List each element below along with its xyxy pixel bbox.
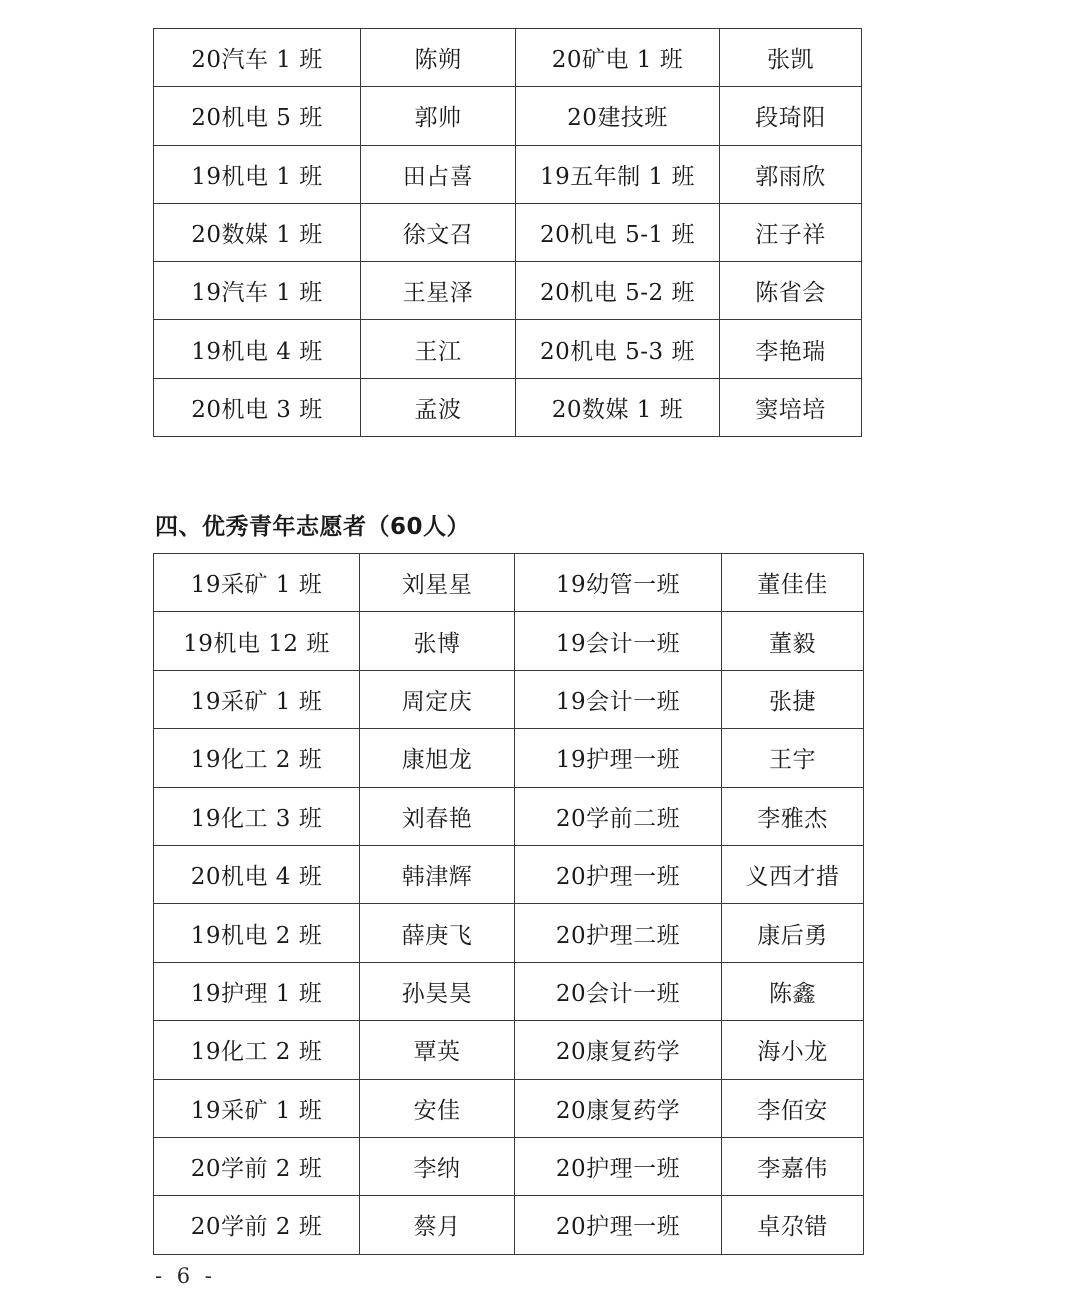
name-cell: 徐文召 (361, 203, 516, 261)
name-cell: 海小龙 (722, 1021, 864, 1079)
class-cell: 19会计一班 (515, 612, 722, 670)
name-cell: 王江 (361, 320, 516, 378)
class-cell: 19机电 12 班 (154, 612, 360, 670)
name-cell: 李雅杰 (722, 787, 864, 845)
class-cell: 19化工 2 班 (154, 1021, 360, 1079)
class-cell: 20建技班 (516, 87, 720, 145)
name-cell: 段琦阳 (720, 87, 862, 145)
name-cell: 康旭龙 (360, 729, 515, 787)
class-cell: 20护理二班 (515, 904, 722, 962)
class-cell: 20学前 2 班 (154, 1137, 360, 1195)
name-cell: 张博 (360, 612, 515, 670)
name-cell: 郭雨欣 (720, 145, 862, 203)
table-row: 20学前 2 班李纳20护理一班李嘉伟 (154, 1137, 864, 1195)
table-row: 19机电 2 班薛庚飞20护理二班康后勇 (154, 904, 864, 962)
class-cell: 20会计一班 (515, 962, 722, 1020)
table-row: 19化工 3 班刘春艳20学前二班李雅杰 (154, 787, 864, 845)
class-cell: 20机电 5-2 班 (516, 262, 720, 320)
name-cell: 卓尕错 (722, 1196, 864, 1254)
name-cell: 王星泽 (361, 262, 516, 320)
table-row: 20机电 3 班孟波20数媒 1 班窦培培 (154, 378, 862, 436)
name-cell: 覃英 (360, 1021, 515, 1079)
class-cell: 20机电 4 班 (154, 845, 360, 903)
name-cell: 蔡月 (360, 1196, 515, 1254)
class-cell: 20康复药学 (515, 1021, 722, 1079)
name-cell: 张凯 (720, 29, 862, 87)
name-cell: 孙昊昊 (360, 962, 515, 1020)
name-cell: 董毅 (722, 612, 864, 670)
class-cell: 19机电 2 班 (154, 904, 360, 962)
class-cell: 20康复药学 (515, 1079, 722, 1137)
name-cell: 陈省会 (720, 262, 862, 320)
class-cell: 19机电 4 班 (154, 320, 361, 378)
class-cell: 20护理一班 (515, 1196, 722, 1254)
table-row: 19采矿 1 班周定庆19会计一班张捷 (154, 670, 864, 728)
class-cell: 19采矿 1 班 (154, 670, 360, 728)
name-cell: 李纳 (360, 1137, 515, 1195)
name-cell: 康后勇 (722, 904, 864, 962)
award-table-continued: 20汽车 1 班陈朔20矿电 1 班张凯20机电 5 班郭帅20建技班段琦阳19… (153, 28, 862, 437)
name-cell: 窦培培 (720, 378, 862, 436)
section-heading-outstanding-volunteers: 四、优秀青年志愿者（60人） (155, 508, 470, 541)
name-cell: 张捷 (722, 670, 864, 728)
table-row: 20学前 2 班蔡月20护理一班卓尕错 (154, 1196, 864, 1254)
class-cell: 19护理一班 (515, 729, 722, 787)
class-cell: 19采矿 1 班 (154, 1079, 360, 1137)
page-number: - 6 - (155, 1264, 216, 1288)
name-cell: 薛庚飞 (360, 904, 515, 962)
table-row: 20机电 5 班郭帅20建技班段琦阳 (154, 87, 862, 145)
class-cell: 20数媒 1 班 (154, 203, 361, 261)
class-cell: 20数媒 1 班 (516, 378, 720, 436)
class-cell: 19化工 2 班 (154, 729, 360, 787)
class-cell: 20机电 5 班 (154, 87, 361, 145)
class-cell: 19五年制 1 班 (516, 145, 720, 203)
table-row: 19采矿 1 班刘星星19幼管一班董佳佳 (154, 554, 864, 612)
name-cell: 刘星星 (360, 554, 515, 612)
table-row: 19机电 12 班张博19会计一班董毅 (154, 612, 864, 670)
name-cell: 周定庆 (360, 670, 515, 728)
table-row: 19化工 2 班覃英20康复药学海小龙 (154, 1021, 864, 1079)
name-cell: 郭帅 (361, 87, 516, 145)
class-cell: 19幼管一班 (515, 554, 722, 612)
name-cell: 李佰安 (722, 1079, 864, 1137)
name-cell: 义西才措 (722, 845, 864, 903)
class-cell: 19汽车 1 班 (154, 262, 361, 320)
class-cell: 20机电 5-1 班 (516, 203, 720, 261)
table-row: 19汽车 1 班王星泽20机电 5-2 班陈省会 (154, 262, 862, 320)
name-cell: 韩津辉 (360, 845, 515, 903)
class-cell: 20护理一班 (515, 1137, 722, 1195)
class-cell: 20汽车 1 班 (154, 29, 361, 87)
name-cell: 李艳瑞 (720, 320, 862, 378)
table-row: 19采矿 1 班安佳20康复药学李佰安 (154, 1079, 864, 1137)
class-cell: 19采矿 1 班 (154, 554, 360, 612)
class-cell: 20机电 5-3 班 (516, 320, 720, 378)
name-cell: 刘春艳 (360, 787, 515, 845)
table-row: 19机电 1 班田占喜19五年制 1 班郭雨欣 (154, 145, 862, 203)
table-row: 20汽车 1 班陈朔20矿电 1 班张凯 (154, 29, 862, 87)
class-cell: 20学前 2 班 (154, 1196, 360, 1254)
class-cell: 19护理 1 班 (154, 962, 360, 1020)
name-cell: 李嘉伟 (722, 1137, 864, 1195)
class-cell: 20护理一班 (515, 845, 722, 903)
name-cell: 陈朔 (361, 29, 516, 87)
outstanding-volunteers-table: 19采矿 1 班刘星星19幼管一班董佳佳19机电 12 班张博19会计一班董毅1… (153, 553, 864, 1255)
class-cell: 20机电 3 班 (154, 378, 361, 436)
name-cell: 安佳 (360, 1079, 515, 1137)
name-cell: 董佳佳 (722, 554, 864, 612)
name-cell: 孟波 (361, 378, 516, 436)
table-row: 19化工 2 班康旭龙19护理一班王宇 (154, 729, 864, 787)
name-cell: 陈鑫 (722, 962, 864, 1020)
table-row: 20数媒 1 班徐文召20机电 5-1 班汪子祥 (154, 203, 862, 261)
class-cell: 20学前二班 (515, 787, 722, 845)
table-row: 19护理 1 班孙昊昊20会计一班陈鑫 (154, 962, 864, 1020)
table-row: 19机电 4 班王江20机电 5-3 班李艳瑞 (154, 320, 862, 378)
class-cell: 20矿电 1 班 (516, 29, 720, 87)
class-cell: 19化工 3 班 (154, 787, 360, 845)
class-cell: 19会计一班 (515, 670, 722, 728)
class-cell: 19机电 1 班 (154, 145, 361, 203)
name-cell: 王宇 (722, 729, 864, 787)
name-cell: 田占喜 (361, 145, 516, 203)
name-cell: 汪子祥 (720, 203, 862, 261)
table-row: 20机电 4 班韩津辉20护理一班义西才措 (154, 845, 864, 903)
